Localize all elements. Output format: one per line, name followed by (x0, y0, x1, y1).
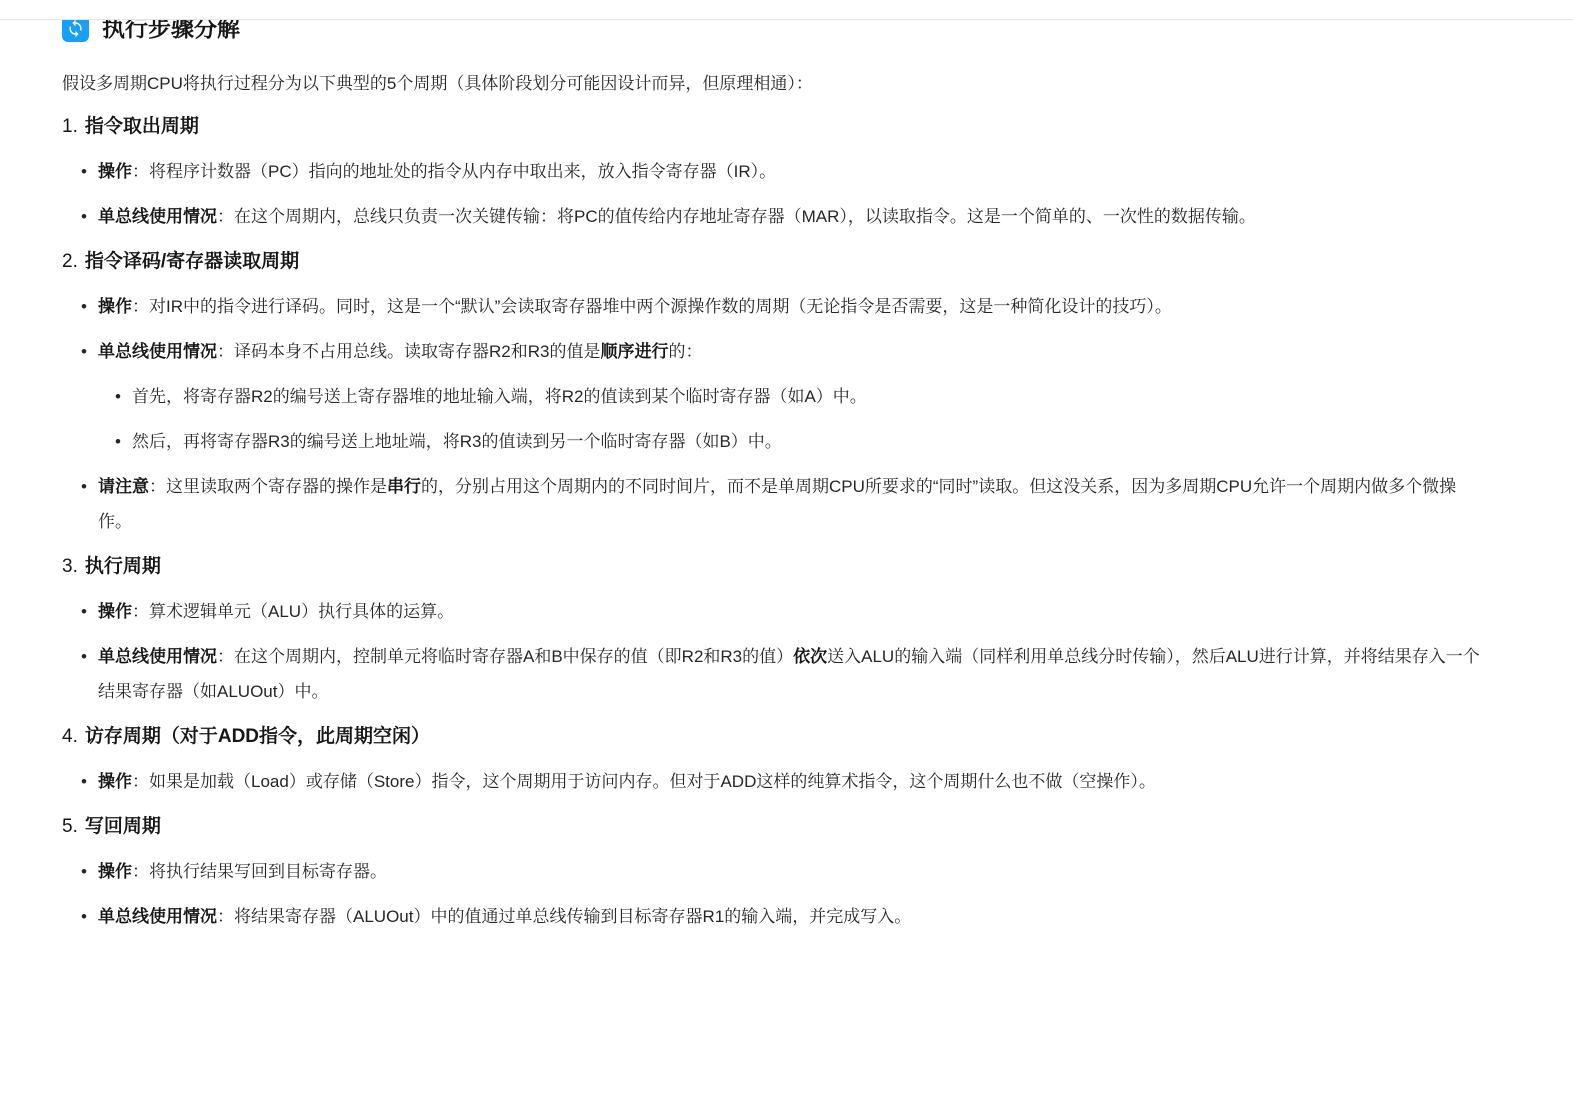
bullet-text: 单总线使用情况：在这个周期内，总线只负责一次关键传输：将PC的值传给内存地址寄存… (98, 207, 1256, 226)
step-title: 指令取出周期 (85, 116, 199, 137)
bullet-list: •操作：算术逻辑单元（ALU）执行具体的运算。•单总线使用情况：在这个周期内，控… (62, 594, 1486, 709)
bullet-marker: • (81, 639, 87, 674)
bullet-marker: • (81, 854, 87, 889)
step-heading: 1.指令取出周期 (62, 109, 1486, 144)
bullet-marker: • (81, 199, 87, 234)
bullet-item: •单总线使用情况：在这个周期内，控制单元将临时寄存器A和B中保存的值（即R2和R… (81, 639, 1486, 709)
answer-document: 执行步骤分解 假设多周期CPU将执行过程分为以下典型的5个周期（具体阶段划分可能… (0, 0, 1573, 1116)
step-number: 4. (62, 726, 78, 747)
bullet-list: •操作：对IR中的指令进行译码。同时，这是一个“默认”会读取寄存器堆中两个源操作… (62, 289, 1486, 539)
bullet-item: •单总线使用情况：在这个周期内，总线只负责一次关键传输：将PC的值传给内存地址寄… (81, 199, 1486, 234)
bullet-item: •然后，再将寄存器R3的编号送上地址端，将R3的值读到另一个临时寄存器（如B）中… (115, 424, 1486, 459)
bullet-marker: • (81, 334, 87, 369)
step-number: 1. (62, 116, 78, 137)
step-item: 2.指令译码/寄存器读取周期•操作：对IR中的指令进行译码。同时，这是一个“默认… (62, 244, 1486, 539)
step-heading: 4.访存周期（对于ADD指令，此周期空闲） (62, 719, 1486, 754)
step-heading: 5.写回周期 (62, 809, 1486, 844)
bullet-item: •操作：将执行结果写回到目标寄存器。 (81, 854, 1486, 889)
step-title: 写回周期 (85, 816, 161, 837)
bullet-text: 单总线使用情况：在这个周期内，控制单元将临时寄存器A和B中保存的值（即R2和R3… (98, 647, 1480, 701)
step-heading: 2.指令译码/寄存器读取周期 (62, 244, 1486, 279)
bullet-item: •操作：如果是加载（Load）或存储（Store）指令，这个周期用于访问内存。但… (81, 764, 1486, 799)
step-number: 5. (62, 816, 78, 837)
bullet-marker: • (115, 379, 121, 414)
bullet-text: 操作：如果是加载（Load）或存储（Store）指令，这个周期用于访问内存。但对… (98, 772, 1156, 791)
step-item: 4.访存周期（对于ADD指令，此周期空闲）•操作：如果是加载（Load）或存储（… (62, 719, 1486, 799)
bullet-marker: • (81, 899, 87, 934)
step-title: 执行周期 (85, 556, 161, 577)
step-number: 2. (62, 251, 78, 272)
bullet-item: •首先，将寄存器R2的编号送上寄存器堆的地址输入端，将R2的值读到某个临时寄存器… (115, 379, 1486, 414)
step-item: 5.写回周期•操作：将执行结果写回到目标寄存器。•单总线使用情况：将结果寄存器（… (62, 809, 1486, 934)
bullet-text: 单总线使用情况：译码本身不占用总线。读取寄存器R2和R3的值是顺序进行的： (98, 342, 702, 361)
bullet-item: •单总线使用情况：译码本身不占用总线。读取寄存器R2和R3的值是顺序进行的：•首… (81, 334, 1486, 459)
bullet-text: 单总线使用情况：将结果寄存器（ALUOut）中的值通过单总线传输到目标寄存器R1… (98, 907, 911, 926)
steps-list: 1.指令取出周期•操作：将程序计数器（PC）指向的地址处的指令从内存中取出来，放… (62, 109, 1486, 934)
step-heading: 3.执行周期 (62, 549, 1486, 584)
bullet-item: •请注意：这里读取两个寄存器的操作是串行的，分别占用这个周期内的不同时间片，而不… (81, 469, 1486, 539)
bullet-text: 然后，再将寄存器R3的编号送上地址端，将R3的值读到另一个临时寄存器（如B）中。 (132, 432, 782, 451)
step-title: 指令译码/寄存器读取周期 (85, 251, 299, 272)
bullet-item: •操作：对IR中的指令进行译码。同时，这是一个“默认”会读取寄存器堆中两个源操作… (81, 289, 1486, 324)
bullet-marker: • (115, 424, 121, 459)
bullet-text: 操作：对IR中的指令进行译码。同时，这是一个“默认”会读取寄存器堆中两个源操作数… (98, 297, 1172, 316)
bullet-text: 操作：将程序计数器（PC）指向的地址处的指令从内存中取出来，放入指令寄存器（IR… (98, 162, 776, 181)
top-divider (0, 0, 1573, 20)
intro-paragraph: 假设多周期CPU将执行过程分为以下典型的5个周期（具体阶段划分可能因设计而异，但… (62, 66, 1486, 101)
bullet-text: 首先，将寄存器R2的编号送上寄存器堆的地址输入端，将R2的值读到某个临时寄存器（… (132, 387, 867, 406)
bullet-text: 请注意：这里读取两个寄存器的操作是串行的，分别占用这个周期内的不同时间片，而不是… (98, 477, 1456, 531)
bullet-marker: • (81, 154, 87, 189)
sub-bullet-list: •首先，将寄存器R2的编号送上寄存器堆的地址输入端，将R2的值读到某个临时寄存器… (98, 379, 1486, 459)
bullet-item: •单总线使用情况：将结果寄存器（ALUOut）中的值通过单总线传输到目标寄存器R… (81, 899, 1486, 934)
step-title: 访存周期（对于ADD指令，此周期空闲） (85, 726, 430, 747)
bullet-text: 操作：算术逻辑单元（ALU）执行具体的运算。 (98, 602, 454, 621)
bullet-list: •操作：如果是加载（Load）或存储（Store）指令，这个周期用于访问内存。但… (62, 764, 1486, 799)
bullet-marker: • (81, 764, 87, 799)
step-number: 3. (62, 556, 78, 577)
bullet-item: •操作：算术逻辑单元（ALU）执行具体的运算。 (81, 594, 1486, 629)
bullet-list: •操作：将程序计数器（PC）指向的地址处的指令从内存中取出来，放入指令寄存器（I… (62, 154, 1486, 234)
bullet-marker: • (81, 289, 87, 324)
document-content: 执行步骤分解 假设多周期CPU将执行过程分为以下典型的5个周期（具体阶段划分可能… (62, 0, 1486, 944)
bullet-list: •操作：将执行结果写回到目标寄存器。•单总线使用情况：将结果寄存器（ALUOut… (62, 854, 1486, 934)
step-item: 1.指令取出周期•操作：将程序计数器（PC）指向的地址处的指令从内存中取出来，放… (62, 109, 1486, 234)
bullet-text: 操作：将执行结果写回到目标寄存器。 (98, 862, 387, 881)
bullet-marker: • (81, 594, 87, 629)
bullet-marker: • (81, 469, 87, 504)
step-item: 3.执行周期•操作：算术逻辑单元（ALU）执行具体的运算。•单总线使用情况：在这… (62, 549, 1486, 709)
bullet-item: •操作：将程序计数器（PC）指向的地址处的指令从内存中取出来，放入指令寄存器（I… (81, 154, 1486, 189)
